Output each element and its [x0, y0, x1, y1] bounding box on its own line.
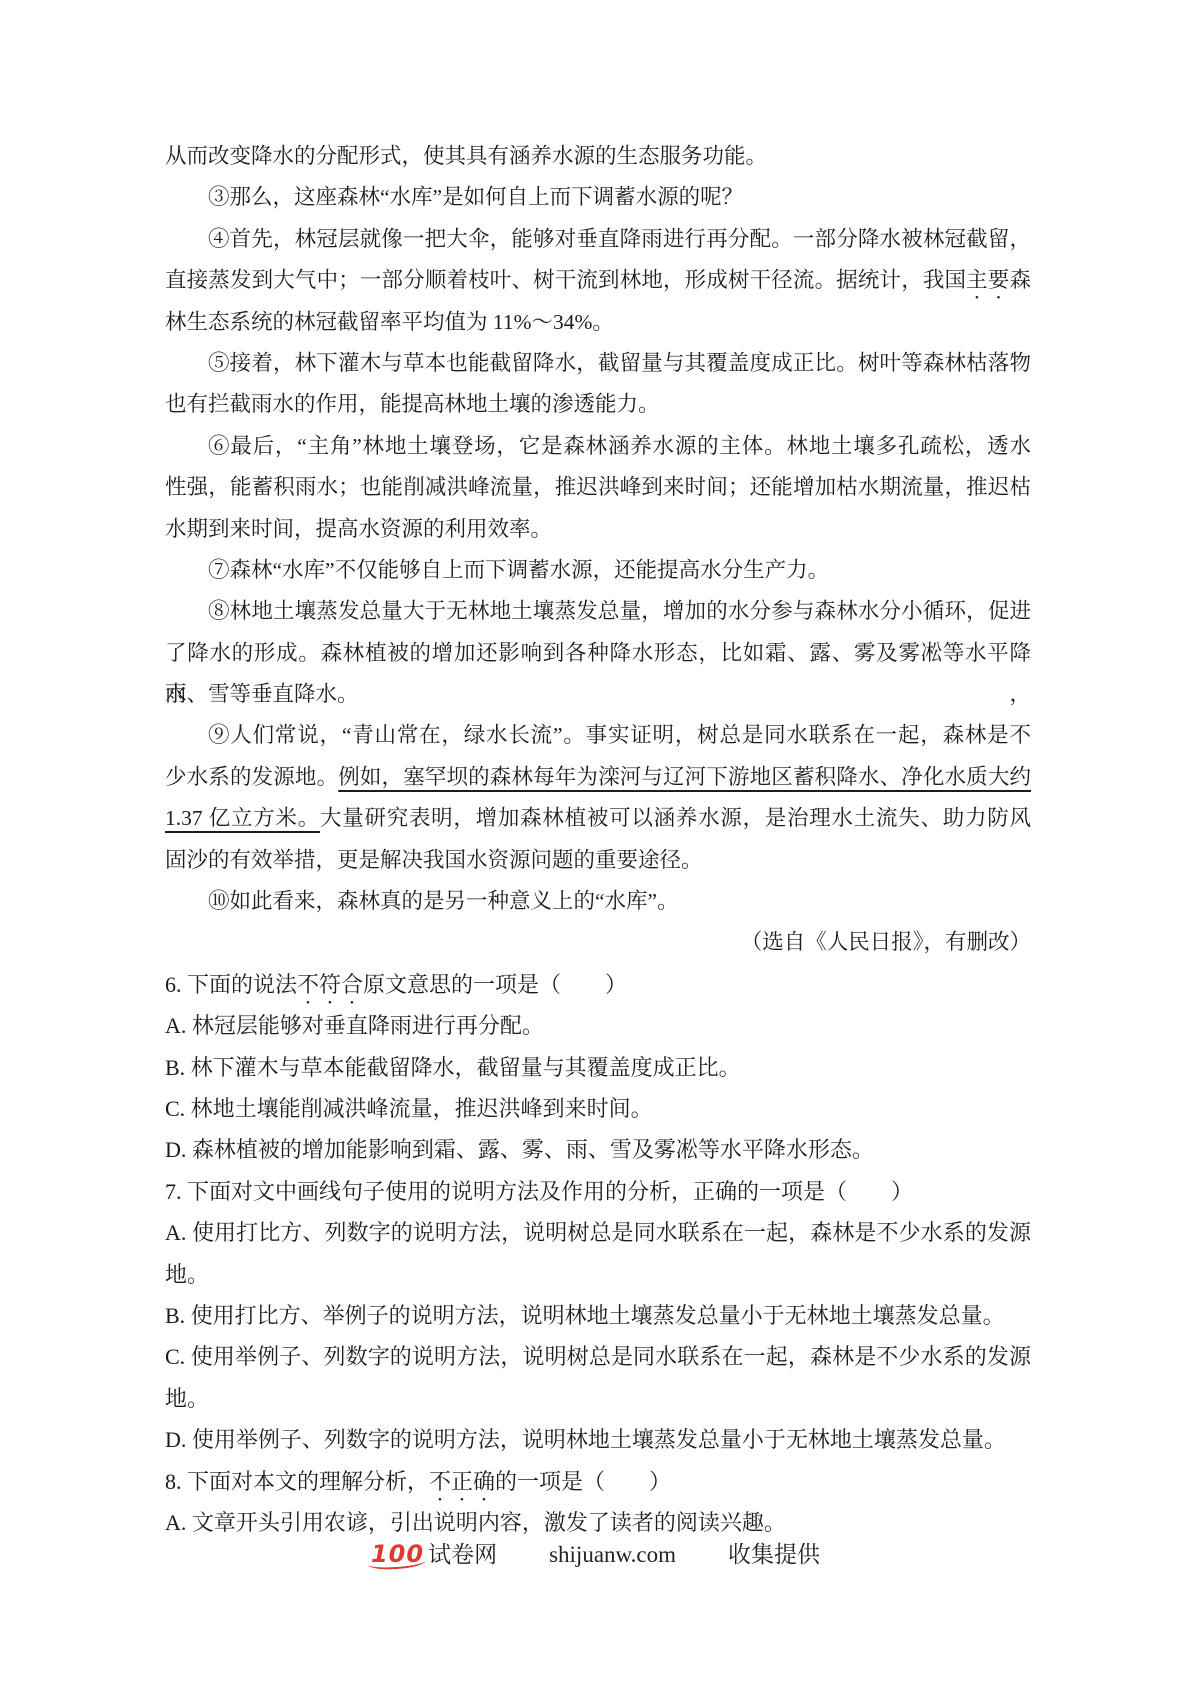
text-segment: ③那么，这座森林“水库”是如何自上而下调蓄水源的呢？ — [208, 185, 743, 209]
footer-domain: shijuanw.com — [549, 1542, 676, 1568]
article-para-5-line1: ⑤接着，林下灌木与草本也能截留降水，截留量与其覆盖度成正比。树叶等森林枯落物 — [165, 343, 1031, 384]
text-segment: 少水系的发源地。 — [165, 765, 338, 789]
source-attribution: （选自《人民日报》，有删改） — [165, 922, 1031, 963]
text-segment: 水期到来时间，提高水资源的利用效率。 — [165, 517, 552, 541]
text-segment: C. 林地土壤能削减洪峰流量，推迟洪峰到来时间。 — [165, 1096, 653, 1121]
document-content: 从而改变降水的分配形式，使其具有涵养水源的生态服务功能。③那么，这座森林“水库”… — [165, 136, 1031, 1543]
article-body: 从而改变降水的分配形式，使其具有涵养水源的生态服务功能。③那么，这座森林“水库”… — [165, 136, 1031, 964]
article-para-9-line1: ⑨人们常说，“青山常在，绿水长流”。事实证明，树总是同水联系在一起，森林是不 — [165, 715, 1031, 756]
question-6-option-b: B. 林下灌木与草本能截留降水，截留量与其覆盖度成正比。 — [165, 1047, 1031, 1088]
text-segment: ⑦森林“水库”不仅能够自上而下调蓄水源，还能提高水分生产力。 — [208, 558, 829, 582]
text-segment: 地。 — [165, 1262, 209, 1287]
article-para-4-line3: 林生态系统的林冠截留率平均值为 11%～34%。 — [165, 302, 1031, 343]
footer-note: 收集提供 — [728, 1536, 820, 1569]
article-para-6-line1: ⑥最后，“主角”林地土壤登场，它是森林涵养水源的主体。林地土壤多孔疏松，透水 — [165, 426, 1031, 467]
question-8-stem: 8. 下面对本文的理解分析，不正确的一项是（ ） — [165, 1461, 1031, 1502]
text-segment: ⑨人们常说，“青山常在，绿水长流”。事实证明，树总是同水联系在一起，森林是不 — [208, 723, 1031, 747]
text-segment: ⑧林地土壤蒸发总量大于无林地土壤蒸发总量，增加的水分参与森林水分小循环，促进 — [208, 599, 1031, 623]
text-segment: C. 使用举例子、列数字的说明方法，说明树总是同水联系在一起，森林是不少水系的发… — [165, 1344, 1031, 1369]
question-7-option-d: D. 使用举例子、列数字的说明方法，说明林地土壤蒸发总量小于无林地土壤蒸发总量。 — [165, 1419, 1031, 1460]
article-para-3: ③那么，这座森林“水库”是如何自上而下调蓄水源的呢？ — [165, 177, 1031, 218]
text-segment: 地。 — [165, 1386, 209, 1411]
questions-section: 6. 下面的说法不符合原文意思的一项是（ ）A. 林冠层能够对垂直降雨进行再分配… — [165, 964, 1031, 1543]
question-7-option-c-line2: 地。 — [165, 1378, 1031, 1419]
text-segment: 7. 下面对文中画线句子使用的说明方法及作用的分析，正确的一项是（ ） — [165, 1179, 913, 1204]
question-7-option-a-line2: 地。 — [165, 1254, 1031, 1295]
text-segment: ⑥最后，“主角”林地土壤登场，它是森林涵养水源的主体。林地土壤多孔疏松，透水 — [208, 434, 1031, 458]
article-para-8-line2: 了降水的形成。森林植被的增加还影响到各种降水形态，比如霜、露、雾及雾凇等水平降水… — [165, 633, 1031, 674]
exam-page: 从而改变降水的分配形式，使其具有涵养水源的生态服务功能。③那么，这座森林“水库”… — [0, 0, 1191, 1684]
text-segment: 的一项是（ ） — [495, 1469, 671, 1494]
logo-text: 试卷网 — [428, 1536, 497, 1569]
article-para-6-line2: 性强，能蓄积雨水；也能削减洪峰流量，推迟洪峰到来时间；还能增加枯水期流量，推迟枯 — [165, 467, 1031, 508]
text-segment: 林生态系统的林冠截留率平均值为 11%～34%。 — [165, 310, 614, 334]
text-segment: B. 林下灌木与草本能截留降水，截留量与其覆盖度成正比。 — [165, 1055, 741, 1080]
text-segment: D. 森林植被的增加能影响到霜、露、雾、雨、雪及雾凇等水平降水形态。 — [165, 1137, 874, 1162]
underlined-text: 例如，塞罕坝的森林每年为滦河与辽河下游地区蓄积降水、净化水质大约 — [338, 765, 1031, 789]
text-segment: 森 — [1009, 268, 1031, 292]
text-segment: 8. 下面对本文的理解分析， — [165, 1469, 429, 1494]
text-segment: ④首先，林冠层就像一把大伞，能够对垂直降雨进行再分配。一部分降水被林冠截留， — [208, 227, 1031, 251]
emphasized-text: 不符合 — [297, 972, 363, 997]
emphasized-text: 主要 — [966, 268, 1009, 292]
shijuanw-logo: 100 试卷网 — [371, 1536, 497, 1569]
question-7-option-a-line1: A. 使用打比方、列数字的说明方法，说明树总是同水联系在一起，森林是不少水系的发… — [165, 1212, 1031, 1253]
article-para-6-line3: 水期到来时间，提高水资源的利用效率。 — [165, 509, 1031, 550]
text-segment: A. 文章开头引用农谚，引出说明内容，激发了读者的阅读兴趣。 — [165, 1510, 786, 1535]
article-para-7: ⑦森林“水库”不仅能够自上而下调蓄水源，还能提高水分生产力。 — [165, 550, 1031, 591]
question-7-option-c-line1: C. 使用举例子、列数字的说明方法，说明树总是同水联系在一起，森林是不少水系的发… — [165, 1336, 1031, 1377]
article-para-4-line1: ④首先，林冠层就像一把大伞，能够对垂直降雨进行再分配。一部分降水被林冠截留， — [165, 219, 1031, 260]
article-para-5-line2: 也有拦截雨水的作用，能提高林地土壤的渗透能力。 — [165, 384, 1031, 425]
article-para-9-line4: 固沙的有效举措，更是解决我国水资源问题的重要途径。 — [165, 840, 1031, 881]
question-6-stem: 6. 下面的说法不符合原文意思的一项是（ ） — [165, 964, 1031, 1005]
question-7-stem: 7. 下面对文中画线句子使用的说明方法及作用的分析，正确的一项是（ ） — [165, 1171, 1031, 1212]
page-footer: 100 试卷网 shijuanw.com 收集提供 — [0, 1536, 1191, 1569]
question-6-option-d: D. 森林植被的增加能影响到霜、露、雾、雨、雪及雾凇等水平降水形态。 — [165, 1129, 1031, 1170]
text-segment: （选自《人民日报》，有删改） — [741, 930, 1031, 954]
text-segment: B. 使用打比方、举例子的说明方法，说明林地土壤蒸发总量小于无林地土壤蒸发总量。 — [165, 1303, 1005, 1328]
question-7-option-b: B. 使用打比方、举例子的说明方法，说明林地土壤蒸发总量小于无林地土壤蒸发总量。 — [165, 1295, 1031, 1336]
article-para-9-line3: 1.37 亿立方米。大量研究表明，增加森林植被可以涵养水源，是治理水土流失、助力… — [165, 798, 1031, 839]
text-segment: ⑩如此看来，森林真的是另一种意义上的“水库”。 — [208, 889, 679, 913]
article-line-01: 从而改变降水的分配形式，使其具有涵养水源的生态服务功能。 — [165, 136, 1031, 177]
question-6-option-a: A. 林冠层能够对垂直降雨进行再分配。 — [165, 1005, 1031, 1046]
text-segment: A. 林冠层能够对垂直降雨进行再分配。 — [165, 1013, 544, 1038]
text-segment: 性强，能蓄积雨水；也能削减洪峰流量，推迟洪峰到来时间；还能增加枯水期流量，推迟枯 — [165, 475, 1031, 499]
text-segment: 从而改变降水的分配形式，使其具有涵养水源的生态服务功能。 — [165, 144, 767, 168]
text-segment: 原文意思的一项是（ ） — [363, 972, 627, 997]
text-segment: 6. 下面的说法 — [165, 972, 297, 997]
text-segment: 大量研究表明，增加森林植被可以涵养水源，是治理水土流失、助力防风 — [320, 806, 1031, 830]
article-para-9-line2: 少水系的发源地。例如，塞罕坝的森林每年为滦河与辽河下游地区蓄积降水、净化水质大约 — [165, 757, 1031, 798]
article-para-4-line2: 直接蒸发到大气中；一部分顺着枝叶、树干流到林地，形成树干径流。据统计，我国主要森 — [165, 260, 1031, 301]
article-para-10: ⑩如此看来，森林真的是另一种意义上的“水库”。 — [165, 881, 1031, 922]
text-segment: 直接蒸发到大气中；一部分顺着枝叶、树干流到林地，形成树干径流。据统计，我国 — [165, 268, 966, 292]
text-segment: ⑤接着，林下灌木与草本也能截留降水，截留量与其覆盖度成正比。树叶等森林枯落物 — [208, 351, 1031, 375]
text-segment: A. 使用打比方、列数字的说明方法，说明树总是同水联系在一起，森林是不少水系的发… — [165, 1220, 1031, 1245]
emphasized-text: 不正确 — [429, 1469, 495, 1494]
text-segment: 也有拦截雨水的作用，能提高林地土壤的渗透能力。 — [165, 392, 660, 416]
text-segment: 雨、雪等垂直降水。 — [165, 682, 359, 706]
underlined-text: 1.37 亿立方米。 — [165, 806, 320, 830]
text-segment: D. 使用举例子、列数字的说明方法，说明林地土壤蒸发总量小于无林地土壤蒸发总量。 — [165, 1427, 1006, 1452]
logo-100-icon: 100 — [371, 1540, 428, 1568]
article-para-8-line1: ⑧林地土壤蒸发总量大于无林地土壤蒸发总量，增加的水分参与森林水分小循环，促进 — [165, 591, 1031, 632]
text-segment: 固沙的有效举措，更是解决我国水资源问题的重要途径。 — [165, 848, 703, 872]
question-6-option-c: C. 林地土壤能削减洪峰流量，推迟洪峰到来时间。 — [165, 1088, 1031, 1129]
